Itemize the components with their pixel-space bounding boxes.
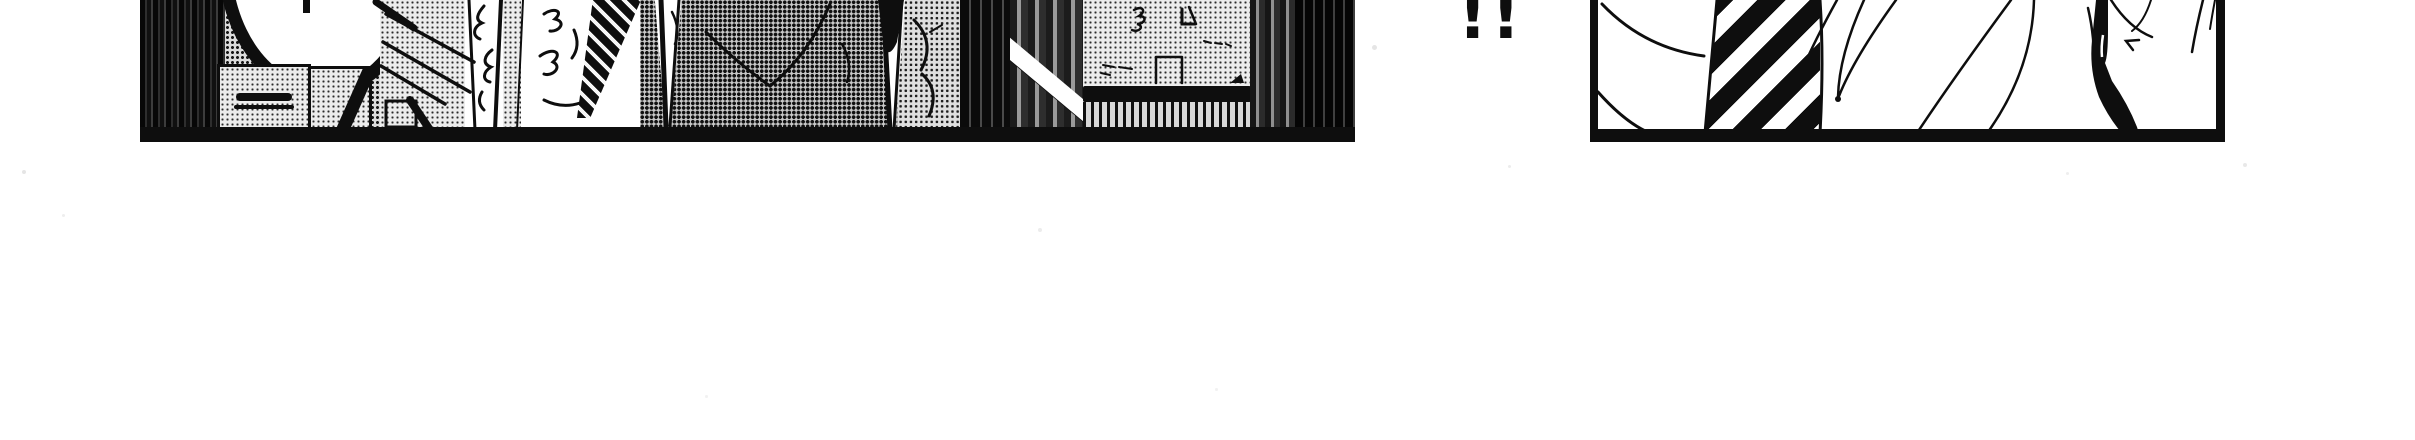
side-box-shade (333, 66, 372, 133)
striped-necktie (1705, 0, 1820, 131)
edge-dark-band (1295, 0, 1355, 142)
drawer-slot (236, 93, 292, 101)
dust-speck (2066, 172, 2069, 175)
fold-line-end-dot (1835, 96, 1841, 102)
drawer-box (217, 64, 311, 133)
round-object-mark (303, 0, 310, 13)
shirt-shade-strip (503, 0, 521, 130)
drawer-slot-line (234, 105, 294, 109)
vent-grate (1083, 102, 1251, 128)
doorframe-band (1250, 0, 1296, 132)
strut-tone (380, 0, 472, 130)
dark-pillar (960, 0, 1012, 132)
dark-strap-shape (2091, 0, 2140, 139)
dust-speck (22, 170, 26, 174)
collar-lines (1598, 4, 1704, 136)
hand-contour-lines (2111, 0, 2215, 52)
dust-speck (1038, 228, 1042, 232)
dust-speck (1215, 388, 1218, 391)
panel-border-left (1590, 0, 1598, 142)
panel-left (140, 0, 1355, 142)
sleeve (898, 0, 962, 132)
right-panel-linework (1590, 0, 2225, 142)
sfx-exclamation: !! (1458, 0, 1524, 49)
wall-baseboard (1083, 86, 1251, 102)
dust-speck (1508, 165, 1511, 168)
panel-border-bottom-left (140, 127, 1355, 142)
panel-right (1590, 0, 2225, 142)
panel-border-right (2216, 0, 2225, 142)
panel-border-bottom-right (1590, 129, 2225, 142)
dust-speck (2243, 163, 2247, 167)
manga-page: !! (0, 0, 2415, 440)
striped-column (1010, 0, 1084, 132)
diagonal-highlight-band (1010, 26, 1084, 129)
strap-highlight (2102, 35, 2103, 57)
dust-speck (1372, 45, 1377, 50)
dust-speck (705, 395, 708, 398)
shirt-fold-lines (1803, 0, 2094, 132)
wall-panel (1083, 0, 1251, 132)
dust-speck (62, 214, 65, 217)
side-box (308, 66, 372, 133)
